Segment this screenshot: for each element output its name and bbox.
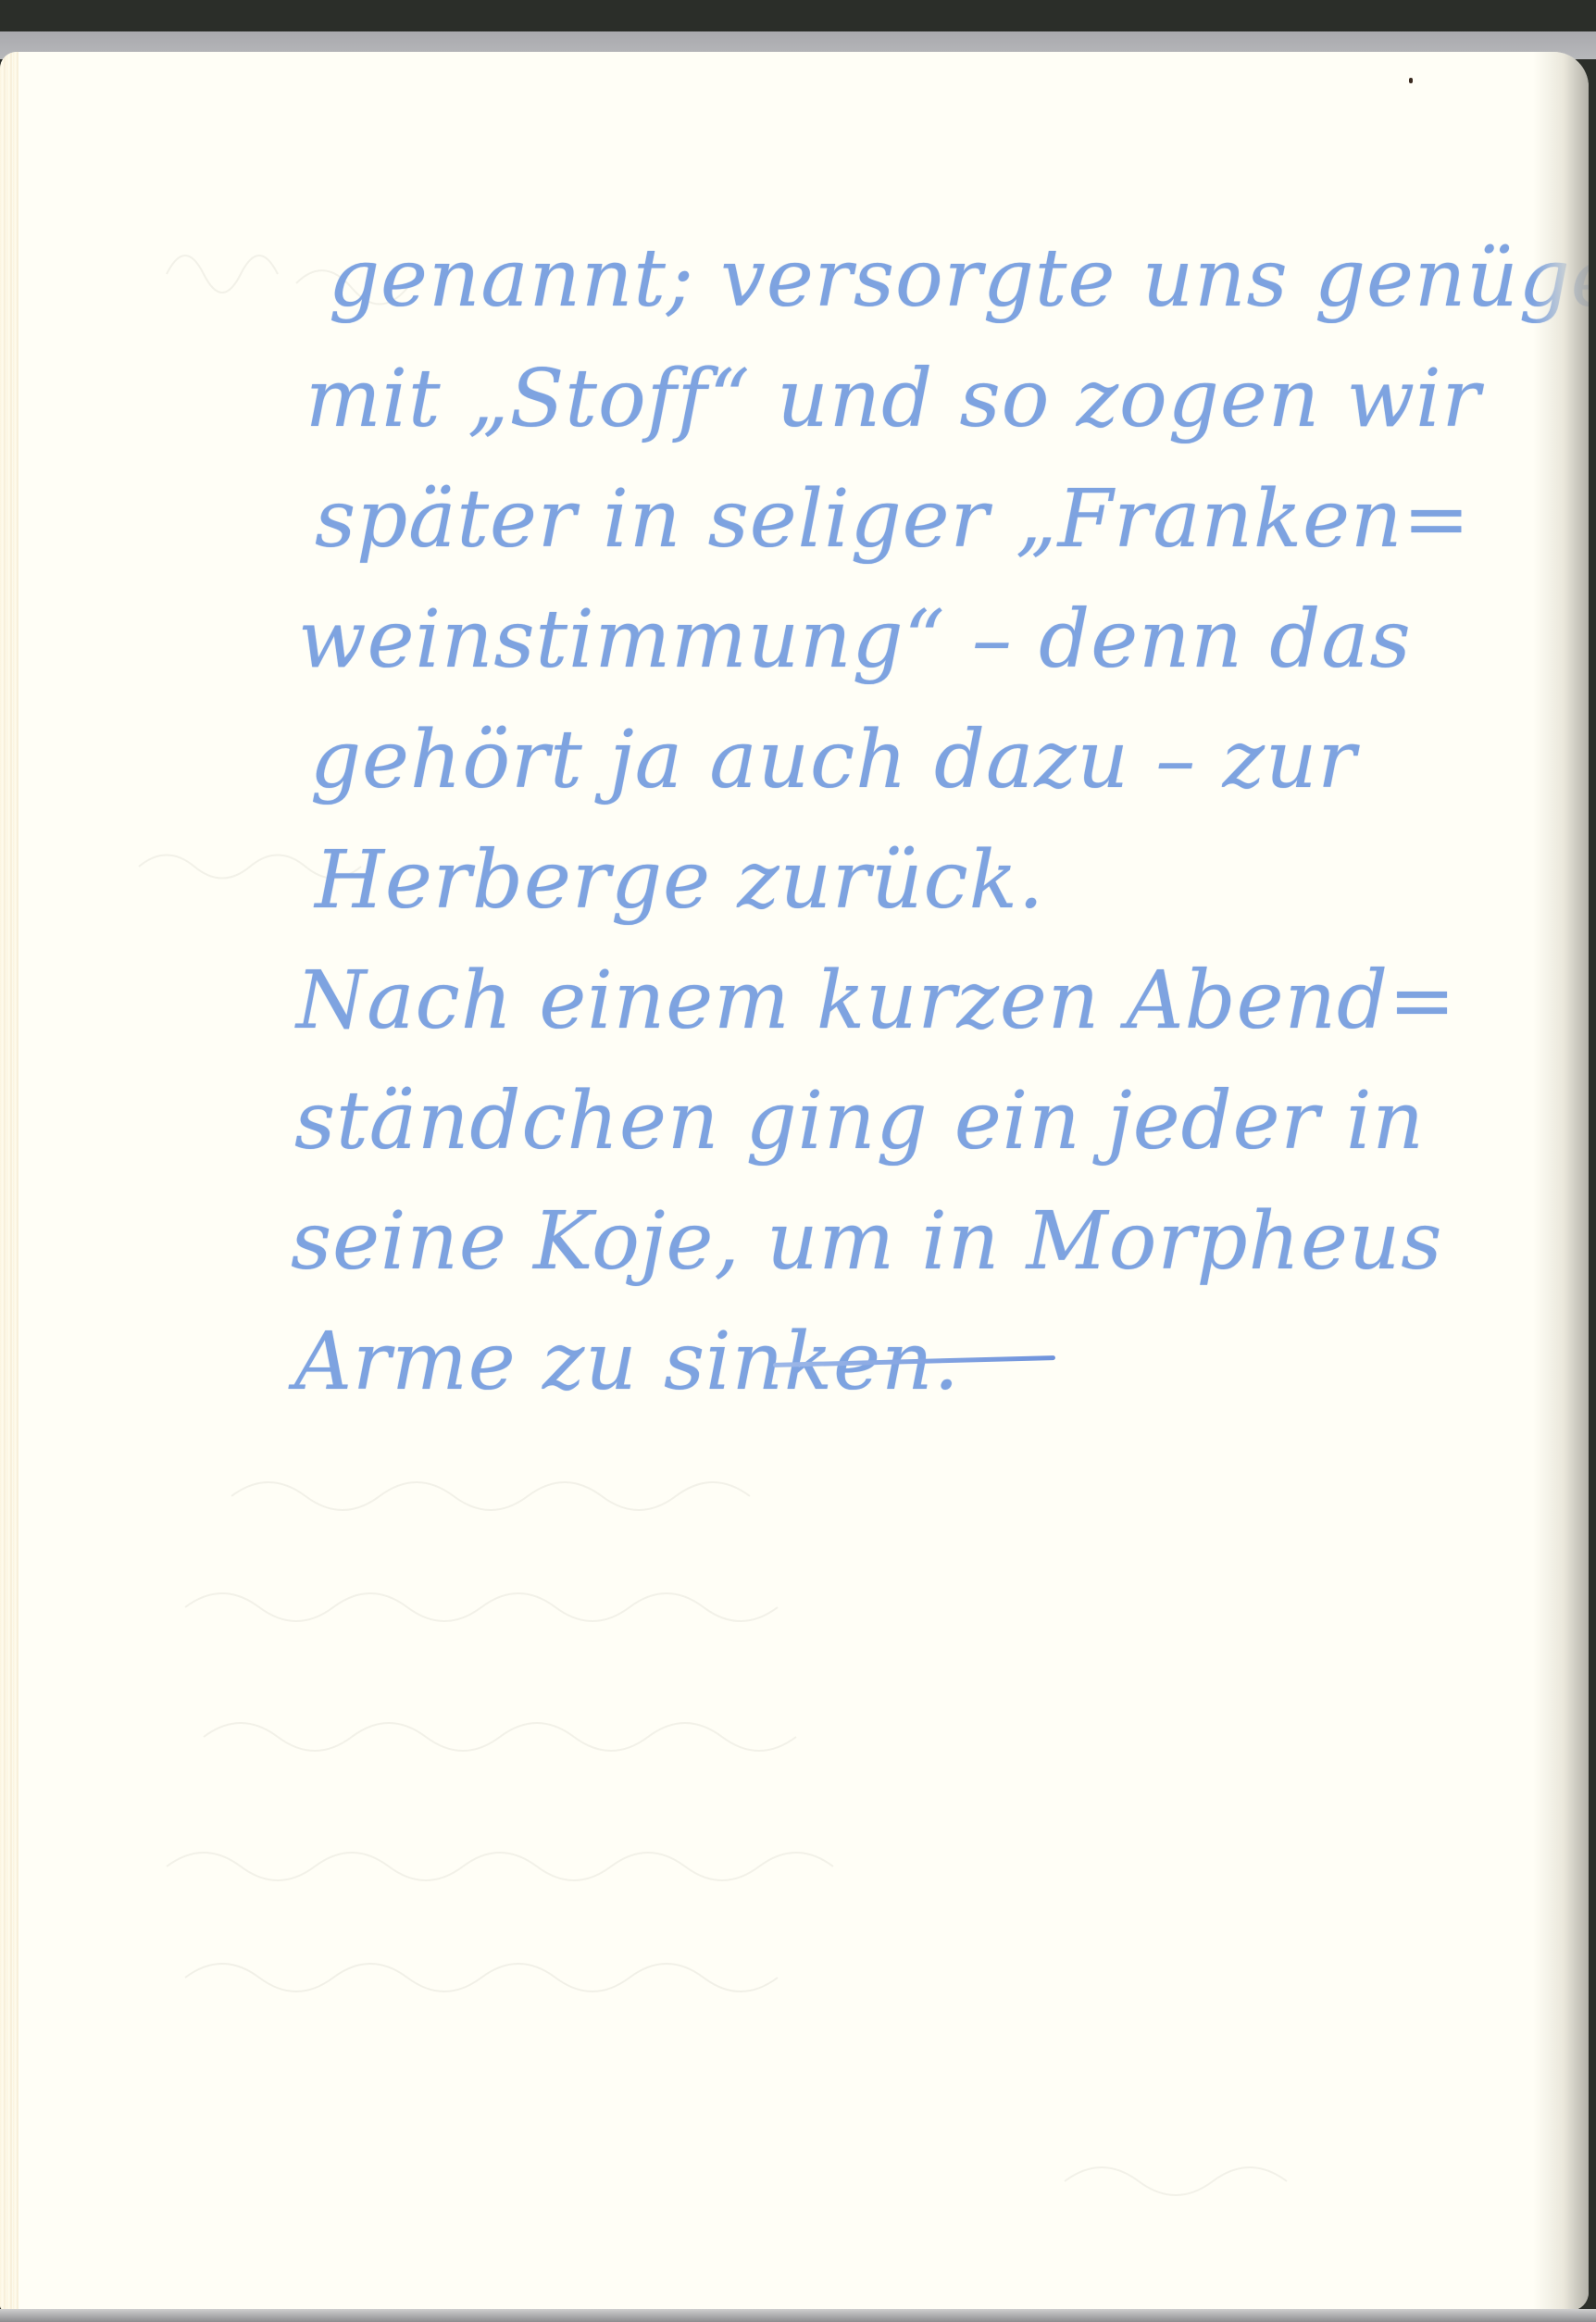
- text-line: weinstimmung“ – denn das: [298, 580, 1574, 700]
- text-line: später in seliger „Franken=: [315, 459, 1574, 580]
- text-line: mit „Stoff“ und so zogen wir: [305, 339, 1574, 459]
- notebook-page: genannt; versorgte uns genügend mit „Sto…: [0, 52, 1589, 2311]
- scan-background-bottom: [0, 2309, 1596, 2322]
- handwritten-text: genannt; versorgte uns genügend mit „Sto…: [278, 218, 1574, 1422]
- text-line: Nach einem kurzen Abend=: [296, 941, 1574, 1061]
- text-line: seine Koje, um in Morpheus: [291, 1181, 1574, 1302]
- scan-background-top: [0, 0, 1596, 31]
- text-line: genannt; versorgte uns genügend: [329, 218, 1574, 339]
- text-line: Herberge zurück.: [315, 820, 1574, 941]
- text-line: ständchen ging ein jeder in: [294, 1061, 1574, 1181]
- ink-speck: [1409, 78, 1413, 83]
- text-line: gehört ja auch dazu – zur: [310, 700, 1574, 820]
